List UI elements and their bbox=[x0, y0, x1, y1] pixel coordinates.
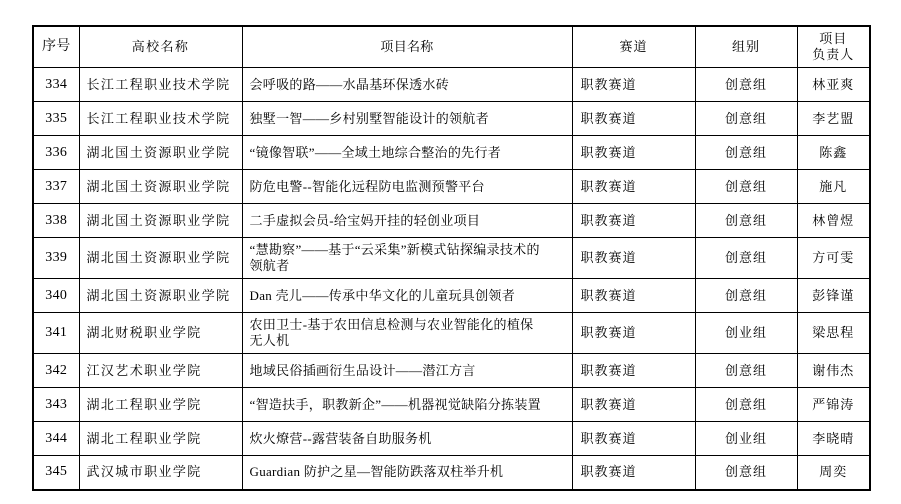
leader-cell: 梁思程 bbox=[797, 313, 870, 354]
school-cell: 湖北工程职业学院 bbox=[79, 422, 242, 456]
serial-cell: 342 bbox=[33, 354, 79, 388]
track-cell: 职教赛道 bbox=[572, 238, 695, 279]
school-cell: 湖北工程职业学院 bbox=[79, 388, 242, 422]
school-cell: 长江工程职业技术学院 bbox=[79, 102, 242, 136]
serial-cell: 341 bbox=[33, 313, 79, 354]
table-row: 343 湖北工程职业学院 “智造扶手，职教新企”——机器视觉缺陷分拣装置 职教赛… bbox=[33, 388, 870, 422]
serial-cell: 340 bbox=[33, 279, 79, 313]
track-cell: 职教赛道 bbox=[572, 279, 695, 313]
header-row: 序号 高校名称 项目名称 赛道 组别 项目 负责人 bbox=[33, 26, 870, 68]
serial-cell: 338 bbox=[33, 204, 79, 238]
table-row: 340 湖北国土资源职业学院 Dan 壳儿——传承中华文化的儿童玩具创领者 职教… bbox=[33, 279, 870, 313]
school-cell: 武汉城市职业学院 bbox=[79, 456, 242, 490]
project-cell: 二手虚拟会员-给宝妈开挂的轻创业项目 bbox=[242, 204, 572, 238]
table-row: 342 江汉艺术职业学院 地域民俗插画衍生品设计——潜江方言 职教赛道 创意组 … bbox=[33, 354, 870, 388]
group-cell: 创意组 bbox=[695, 170, 797, 204]
serial-cell: 334 bbox=[33, 68, 79, 102]
school-cell: 湖北国土资源职业学院 bbox=[79, 238, 242, 279]
project-cell: 独墅一智——乡村别墅智能设计的领航者 bbox=[242, 102, 572, 136]
group-cell: 创意组 bbox=[695, 68, 797, 102]
table-row: 338 湖北国土资源职业学院 二手虚拟会员-给宝妈开挂的轻创业项目 职教赛道 创… bbox=[33, 204, 870, 238]
leader-cell: 谢伟杰 bbox=[797, 354, 870, 388]
group-cell: 创业组 bbox=[695, 313, 797, 354]
leader-cell: 严锦涛 bbox=[797, 388, 870, 422]
project-cell: “慧勘察”——基于“云采集”新模式钻探编录技术的 领航者 bbox=[242, 238, 572, 279]
track-cell: 职教赛道 bbox=[572, 102, 695, 136]
track-cell: 职教赛道 bbox=[572, 204, 695, 238]
serial-cell: 336 bbox=[33, 136, 79, 170]
table-row: 336 湖北国土资源职业学院 “镜像智联”——全域土地综合整治的先行者 职教赛道… bbox=[33, 136, 870, 170]
project-cell: 防危电警--智能化远程防电监测预警平台 bbox=[242, 170, 572, 204]
table-row: 335 长江工程职业技术学院 独墅一智——乡村别墅智能设计的领航者 职教赛道 创… bbox=[33, 102, 870, 136]
school-cell: 湖北国土资源职业学院 bbox=[79, 279, 242, 313]
project-cell: 会呼吸的路——水晶基环保透水砖 bbox=[242, 68, 572, 102]
table-row: 339 湖北国土资源职业学院 “慧勘察”——基于“云采集”新模式钻探编录技术的 … bbox=[33, 238, 870, 279]
track-cell: 职教赛道 bbox=[572, 170, 695, 204]
header-group: 组别 bbox=[695, 26, 797, 68]
group-cell: 创意组 bbox=[695, 456, 797, 490]
header-serial: 序号 bbox=[33, 26, 79, 68]
track-cell: 职教赛道 bbox=[572, 388, 695, 422]
school-cell: 湖北财税职业学院 bbox=[79, 313, 242, 354]
leader-cell: 方可雯 bbox=[797, 238, 870, 279]
leader-cell: 林曾煜 bbox=[797, 204, 870, 238]
header-leader: 项目 负责人 bbox=[797, 26, 870, 68]
leader-cell: 彭锋谨 bbox=[797, 279, 870, 313]
project-cell: 农田卫士-基于农田信息检测与农业智能化的植保 无人机 bbox=[242, 313, 572, 354]
track-cell: 职教赛道 bbox=[572, 354, 695, 388]
table-row: 341 湖北财税职业学院 农田卫士-基于农田信息检测与农业智能化的植保 无人机 … bbox=[33, 313, 870, 354]
table-row: 334 长江工程职业技术学院 会呼吸的路——水晶基环保透水砖 职教赛道 创意组 … bbox=[33, 68, 870, 102]
table-row: 345 武汉城市职业学院 Guardian 防护之星—智能防跌落双柱举升机 职教… bbox=[33, 456, 870, 490]
school-cell: 湖北国土资源职业学院 bbox=[79, 136, 242, 170]
serial-cell: 339 bbox=[33, 238, 79, 279]
leader-cell: 李晓晴 bbox=[797, 422, 870, 456]
header-track: 赛道 bbox=[572, 26, 695, 68]
track-cell: 职教赛道 bbox=[572, 422, 695, 456]
serial-cell: 335 bbox=[33, 102, 79, 136]
school-cell: 江汉艺术职业学院 bbox=[79, 354, 242, 388]
group-cell: 创意组 bbox=[695, 354, 797, 388]
project-cell: Dan 壳儿——传承中华文化的儿童玩具创领者 bbox=[242, 279, 572, 313]
header-project: 项目名称 bbox=[242, 26, 572, 68]
school-cell: 湖北国土资源职业学院 bbox=[79, 170, 242, 204]
group-cell: 创意组 bbox=[695, 136, 797, 170]
group-cell: 创意组 bbox=[695, 238, 797, 279]
header-school: 高校名称 bbox=[79, 26, 242, 68]
document-page: 序号 高校名称 项目名称 赛道 组别 项目 负责人 334 长江工程职业技术学院… bbox=[0, 0, 901, 504]
results-table: 序号 高校名称 项目名称 赛道 组别 项目 负责人 334 长江工程职业技术学院… bbox=[32, 25, 871, 491]
school-cell: 湖北国土资源职业学院 bbox=[79, 204, 242, 238]
group-cell: 创意组 bbox=[695, 388, 797, 422]
group-cell: 创意组 bbox=[695, 279, 797, 313]
group-cell: 创意组 bbox=[695, 204, 797, 238]
table-row: 337 湖北国土资源职业学院 防危电警--智能化远程防电监测预警平台 职教赛道 … bbox=[33, 170, 870, 204]
project-cell: “镜像智联”——全域土地综合整治的先行者 bbox=[242, 136, 572, 170]
project-cell: Guardian 防护之星—智能防跌落双柱举升机 bbox=[242, 456, 572, 490]
track-cell: 职教赛道 bbox=[572, 313, 695, 354]
leader-cell: 林亚爽 bbox=[797, 68, 870, 102]
leader-cell: 李艺盟 bbox=[797, 102, 870, 136]
leader-cell: 陈鑫 bbox=[797, 136, 870, 170]
serial-cell: 344 bbox=[33, 422, 79, 456]
serial-cell: 345 bbox=[33, 456, 79, 490]
leader-cell: 周奕 bbox=[797, 456, 870, 490]
track-cell: 职教赛道 bbox=[572, 456, 695, 490]
serial-cell: 343 bbox=[33, 388, 79, 422]
school-cell: 长江工程职业技术学院 bbox=[79, 68, 242, 102]
project-cell: 炊火燎营--露营装备自助服务机 bbox=[242, 422, 572, 456]
track-cell: 职教赛道 bbox=[572, 68, 695, 102]
group-cell: 创业组 bbox=[695, 422, 797, 456]
serial-cell: 337 bbox=[33, 170, 79, 204]
track-cell: 职教赛道 bbox=[572, 136, 695, 170]
table-row: 344 湖北工程职业学院 炊火燎营--露营装备自助服务机 职教赛道 创业组 李晓… bbox=[33, 422, 870, 456]
group-cell: 创意组 bbox=[695, 102, 797, 136]
project-cell: “智造扶手，职教新企”——机器视觉缺陷分拣装置 bbox=[242, 388, 572, 422]
project-cell: 地域民俗插画衍生品设计——潜江方言 bbox=[242, 354, 572, 388]
leader-cell: 施凡 bbox=[797, 170, 870, 204]
